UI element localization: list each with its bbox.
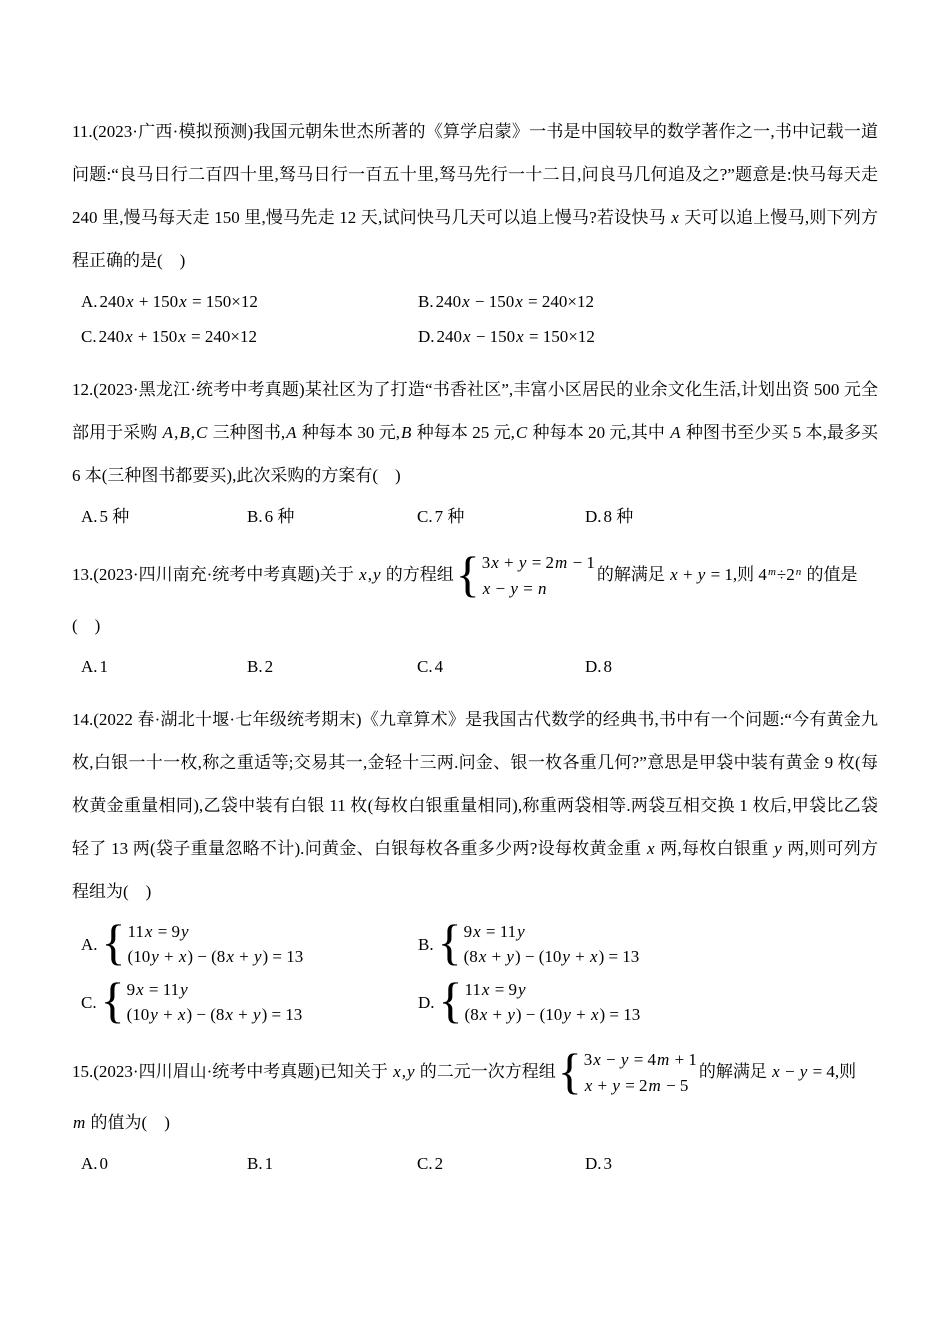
equation-system: {9x = 11y(10y + x) − (8x + y) = 13 <box>101 975 303 1029</box>
question-13: 13.(2023·四川南充·统考中考真题)关于 x,y 的方程组{3x + y … <box>72 548 878 684</box>
question-13-option-d: D.8 <box>585 649 878 684</box>
equation: 3x − y = 4m + 1 <box>584 1047 697 1073</box>
option-label: B. <box>247 499 263 534</box>
option-label: C. <box>417 1146 433 1181</box>
left-brace-icon: { <box>102 920 126 965</box>
option-value: 1 <box>100 649 109 684</box>
option-label: D. <box>418 985 435 1020</box>
equation: (10y + x) − (8x + y) = 13 <box>128 944 304 969</box>
question-13-text: 13.(2023·四川南充·统考中考真题)关于 x,y 的方程组{3x + y … <box>72 548 878 647</box>
question-13-option-a: A.1 <box>81 649 247 684</box>
equation-system: {9x = 11y(8x + y) − (10y + x) = 13 <box>438 917 640 971</box>
equation-system: {11x = 9y(10y + x) − (8x + y) = 13 <box>102 917 304 971</box>
option-value: 6 种 <box>265 499 295 534</box>
left-brace-icon: { <box>439 978 463 1023</box>
option-value: 240x − 150x = 240×12 <box>436 284 594 319</box>
question-11-option-b: B.240x − 150x = 240×12 <box>418 284 878 319</box>
question-14-option-b: B.{9x = 11y(8x + y) − (10y + x) = 13 <box>418 917 878 971</box>
text-run: 12.(2023·黑龙江·统考中考真题)某社区为了打造“书香社区”,丰富小区居民… <box>72 380 878 485</box>
equations: 3x − y = 4m + 1x + y = 2m − 5 <box>584 1047 697 1099</box>
option-value: 4 <box>435 649 444 684</box>
option-value: 1 <box>265 1146 274 1181</box>
equation: x + y = 2m − 5 <box>584 1073 697 1099</box>
text-run: m 的值为( ) <box>72 1113 170 1132</box>
question-15-option-d: D.3 <box>585 1146 878 1181</box>
option-value: 5 种 <box>100 499 130 534</box>
equation: 9x = 11y <box>464 919 640 944</box>
question-11-option-a: A.240x + 150x = 150×12 <box>81 284 418 319</box>
equation: 9x = 11y <box>127 977 303 1002</box>
option-label: A. <box>81 649 98 684</box>
question-11-options: A.240x + 150x = 150×12B.240x − 150x = 24… <box>72 284 878 354</box>
option-label: B. <box>247 1146 263 1181</box>
option-label: A. <box>81 1146 98 1181</box>
question-15-option-b: B.1 <box>247 1146 417 1181</box>
text-run: 的解满足 x − y = 4,则 <box>699 1062 856 1081</box>
option-label: C. <box>81 985 97 1020</box>
question-15-option-c: C.2 <box>417 1146 585 1181</box>
option-label: D. <box>418 319 435 354</box>
option-value: 3 <box>604 1146 613 1181</box>
question-12-text: 12.(2023·黑龙江·统考中考真题)某社区为了打造“书香社区”,丰富小区居民… <box>72 368 878 497</box>
question-14-text: 14.(2022 春·湖北十堰·七年级统考期末)《九章算术》是我国古代数学的经典… <box>72 698 878 913</box>
question-15: 15.(2023·四川眉山·统考中考真题)已知关于 x,y 的二元一次方程组{3… <box>72 1045 878 1181</box>
text-run: 的解满足 x + y = 1,则 4m÷2n 的值是 <box>597 565 858 584</box>
option-value: 7 种 <box>435 499 465 534</box>
equations: 9x = 11y(8x + y) − (10y + x) = 13 <box>464 919 640 969</box>
question-15-option-a: A.0 <box>81 1146 247 1181</box>
equation-system: {3x + y = 2m − 1x − y = n <box>456 548 595 604</box>
option-label: A. <box>81 927 98 962</box>
question-12-options: A.5 种B.6 种C.7 种D.8 种 <box>72 499 878 534</box>
question-14-options: A.{11x = 9y(10y + x) − (8x + y) = 13B.{9… <box>72 915 878 1031</box>
option-label: A. <box>81 499 98 534</box>
option-value: 2 <box>435 1146 444 1181</box>
option-label: B. <box>247 649 263 684</box>
question-12-option-d: D.8 种 <box>585 499 878 534</box>
option-value: 2 <box>265 649 274 684</box>
question-11-option-c: C.240x + 150x = 240×12 <box>81 319 418 354</box>
option-value: 8 <box>604 649 613 684</box>
question-14-option-a: A.{11x = 9y(10y + x) − (8x + y) = 13 <box>81 917 418 971</box>
left-brace-icon: { <box>438 920 462 965</box>
question-14-option-d: D.{11x = 9y(8x + y) − (10y + x) = 13 <box>418 975 878 1029</box>
question-11-option-d: D.240x − 150x = 150×12 <box>418 319 878 354</box>
option-value: 240x + 150x = 240×12 <box>99 319 257 354</box>
option-label: B. <box>418 284 434 319</box>
equations: 11x = 9y(8x + y) − (10y + x) = 13 <box>465 977 641 1027</box>
text-run: 11.(2023·广西·模拟预测)我国元朝朱世杰所著的《算学启蒙》一书是中国较早… <box>72 122 878 270</box>
equation-system: {3x − y = 4m + 1x + y = 2m − 5 <box>558 1045 697 1101</box>
question-11-text: 11.(2023·广西·模拟预测)我国元朝朱世杰所著的《算学启蒙》一书是中国较早… <box>72 110 878 282</box>
equations: 11x = 9y(10y + x) − (8x + y) = 13 <box>128 919 304 969</box>
equation: (10y + x) − (8x + y) = 13 <box>127 1002 303 1027</box>
equation: 11x = 9y <box>128 919 304 944</box>
question-13-option-c: C.4 <box>417 649 585 684</box>
left-brace-icon: { <box>456 552 480 597</box>
question-14-option-c: C.{9x = 11y(10y + x) − (8x + y) = 13 <box>81 975 418 1029</box>
option-label: D. <box>585 649 602 684</box>
question-12-option-b: B.6 种 <box>247 499 417 534</box>
left-brace-icon: { <box>558 1049 582 1094</box>
question-15-text: 15.(2023·四川眉山·统考中考真题)已知关于 x,y 的二元一次方程组{3… <box>72 1045 878 1144</box>
text-run: 13.(2023·四川南充·统考中考真题)关于 x,y 的方程组 <box>72 565 454 584</box>
question-13-option-b: B.2 <box>247 649 417 684</box>
equation: (8x + y) − (10y + x) = 13 <box>464 944 640 969</box>
option-value: 240x + 150x = 150×12 <box>100 284 258 319</box>
question-12-option-c: C.7 种 <box>417 499 585 534</box>
question-12: 12.(2023·黑龙江·统考中考真题)某社区为了打造“书香社区”,丰富小区居民… <box>72 368 878 534</box>
left-brace-icon: { <box>101 978 125 1023</box>
question-13-options: A.1B.2C.4D.8 <box>72 649 878 684</box>
option-label: C. <box>81 319 97 354</box>
question-12-option-a: A.5 种 <box>81 499 247 534</box>
equation: 3x + y = 2m − 1 <box>482 550 595 576</box>
question-14: 14.(2022 春·湖北十堰·七年级统考期末)《九章算术》是我国古代数学的经典… <box>72 698 878 1031</box>
option-label: C. <box>417 499 433 534</box>
option-label: D. <box>585 499 602 534</box>
text-run: 14.(2022 春·湖北十堰·七年级统考期末)《九章算术》是我国古代数学的经典… <box>72 710 878 901</box>
equation: 11x = 9y <box>465 977 641 1002</box>
option-label: B. <box>418 927 434 962</box>
option-value: 240x − 150x = 150×12 <box>437 319 595 354</box>
equation: (8x + y) − (10y + x) = 13 <box>465 1002 641 1027</box>
equation-system: {11x = 9y(8x + y) − (10y + x) = 13 <box>439 975 641 1029</box>
equations: 3x + y = 2m − 1x − y = n <box>482 550 595 602</box>
option-label: A. <box>81 284 98 319</box>
equation: x − y = n <box>482 576 595 602</box>
option-label: D. <box>585 1146 602 1181</box>
text-run: 15.(2023·四川眉山·统考中考真题)已知关于 x,y 的二元一次方程组 <box>72 1062 556 1081</box>
text-run: ( ) <box>72 616 100 635</box>
option-label: C. <box>417 649 433 684</box>
question-11: 11.(2023·广西·模拟预测)我国元朝朱世杰所著的《算学启蒙》一书是中国较早… <box>72 110 878 354</box>
document-page: 11.(2023·广西·模拟预测)我国元朝朱世杰所著的《算学启蒙》一书是中国较早… <box>72 110 878 1195</box>
question-15-options: A.0B.1C.2D.3 <box>72 1146 878 1181</box>
option-value: 8 种 <box>604 499 634 534</box>
equations: 9x = 11y(10y + x) − (8x + y) = 13 <box>127 977 303 1027</box>
option-value: 0 <box>100 1146 109 1181</box>
